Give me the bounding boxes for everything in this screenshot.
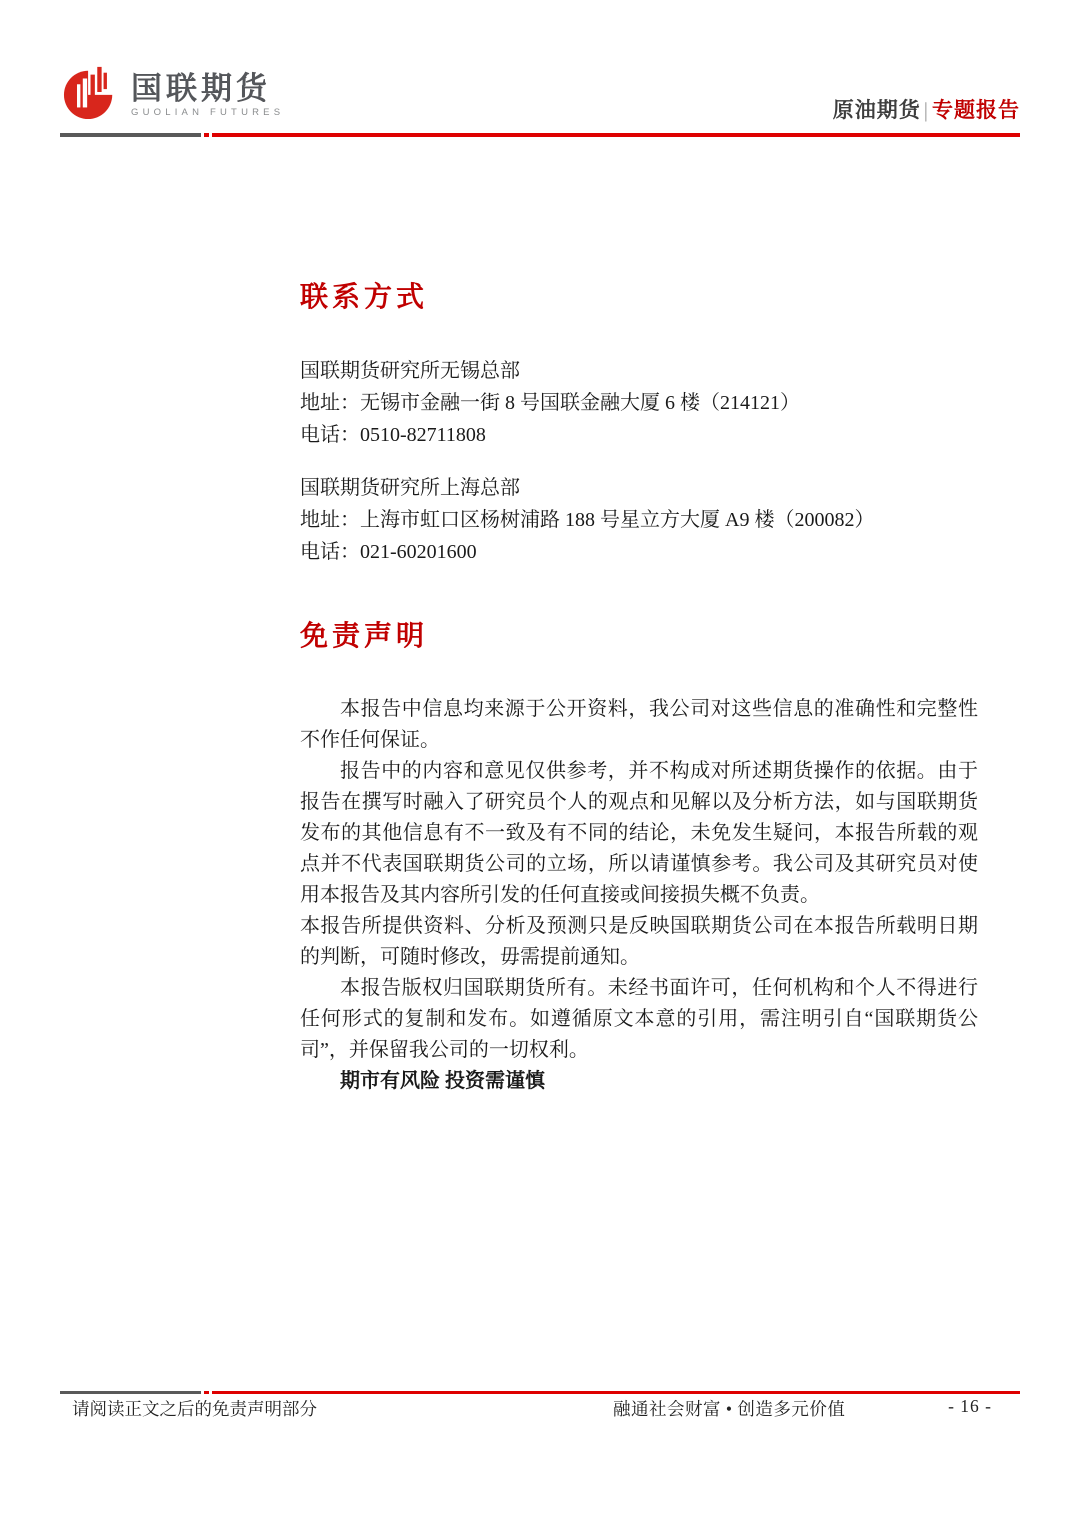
risk-warning: 期市有风险 投资需谨慎: [300, 1066, 978, 1097]
header-divider-gray-segment: [60, 133, 201, 137]
report-category-type: 专题报告: [932, 98, 1020, 122]
company-logo: 国联期货 GUOLIAN FUTURES: [62, 64, 284, 120]
report-category-product: 原油期货: [833, 98, 921, 122]
contact-heading: 联系方式: [300, 281, 980, 315]
disclaimer-paragraph: 本报告所提供资料、分析及预测只是反映国联期货公司在本报告所载明日期的判断，可随时…: [300, 911, 978, 973]
office-name: 国联期货研究所无锡总部: [300, 355, 980, 387]
office-phone: 电话：021-60201600: [300, 536, 980, 568]
header-divider-red-segment: [212, 133, 1020, 137]
office-name: 国联期货研究所上海总部: [300, 472, 980, 504]
guolian-logo-icon: [62, 64, 120, 120]
disclaimer-paragraph: 本报告中信息均来源于公开资料，我公司对这些信息的准确性和完整性不作任何保证。: [300, 694, 978, 756]
office-phone: 电话：0510-82711808: [300, 419, 980, 451]
footer-divider-dot: [204, 1391, 209, 1394]
report-category: 原油期货|专题报告: [833, 94, 1020, 124]
contact-section: 联系方式 国联期货研究所无锡总部 地址：无锡市金融一街 8 号国联金融大厦 6 …: [300, 281, 980, 568]
header-divider-dot: [204, 133, 209, 137]
logo-company-subtitle: GUOLIAN FUTURES: [131, 107, 284, 118]
office-address: 地址：无锡市金融一街 8 号国联金融大厦 6 楼（214121）: [300, 387, 980, 419]
disclaimer-paragraph: 本报告版权归国联期货所有。未经书面许可，任何机构和个人不得进行任何形式的复制和发…: [300, 973, 978, 1066]
disclaimer-heading: 免责声明: [300, 620, 978, 654]
disclaimer-paragraph: 报告中的内容和意见仅供参考，并不构成对所述期货操作的依据。由于报告在撰写时融入了…: [300, 756, 978, 911]
footer-divider-gray-segment: [60, 1391, 201, 1394]
office-wuxi: 国联期货研究所无锡总部 地址：无锡市金融一街 8 号国联金融大厦 6 楼（214…: [300, 355, 980, 451]
logo-text: 国联期货 GUOLIAN FUTURES: [131, 64, 284, 118]
office-shanghai: 国联期货研究所上海总部 地址：上海市虹口区杨树浦路 188 号星立方大厦 A9 …: [300, 472, 980, 568]
office-address: 地址：上海市虹口区杨树浦路 188 号星立方大厦 A9 楼（200082）: [300, 504, 980, 536]
header-divider: [60, 133, 1020, 137]
disclaimer-section: 免责声明 本报告中信息均来源于公开资料，我公司对这些信息的准确性和完整性不作任何…: [300, 620, 978, 1097]
report-page: 国联期货 GUOLIAN FUTURES 原油期货|专题报告 联系方式 国联期货…: [0, 0, 1080, 1527]
footer-slogan: 融通社会财富 • 创造多元价值: [613, 1396, 845, 1421]
page-number: - 16 -: [948, 1396, 992, 1417]
page-footer: 请阅读正文之后的免责声明部分 融通社会财富 • 创造多元价值 - 16 -: [60, 1396, 1020, 1422]
footer-divider: [60, 1391, 1020, 1394]
footer-disclaimer-note: 请阅读正文之后的免责声明部分: [72, 1396, 317, 1421]
footer-divider-red-segment: [212, 1391, 1020, 1394]
logo-company-name: 国联期货: [131, 74, 284, 104]
report-category-separator: |: [921, 98, 932, 122]
